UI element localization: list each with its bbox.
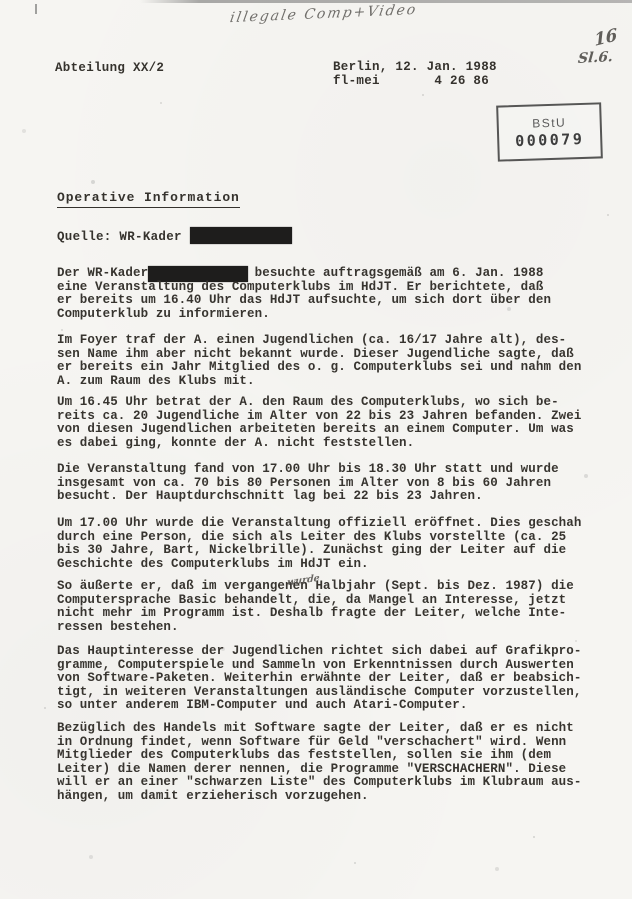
body-paragraph: So äußerte er, daß im vergangenen Halbja…	[57, 580, 574, 634]
scan-noise	[0, 0, 2, 2]
body-paragraph: Um 17.00 Uhr wurde die Veranstaltung off…	[57, 517, 581, 571]
handwritten-annotation-top: illegale Comp+Video	[229, 2, 419, 26]
handwritten-page-number: 16	[594, 25, 618, 51]
body-paragraph: Um 16.45 Uhr betrat der A. den Raum des …	[57, 396, 581, 450]
bstu-archive-stamp: BStU 000079	[496, 102, 603, 161]
scanned-document-page: illegale Comp+Video 16 Sl.6. Abteilung X…	[0, 0, 632, 899]
source-label: Quelle: WR-Kader	[57, 230, 182, 244]
reference-line: fl-mei 4 26 86	[333, 75, 497, 89]
body-paragraph: Der WR-Kader besuchte auftragsgemäß am 6…	[57, 267, 551, 321]
document-title: Operative Information	[57, 190, 240, 208]
body-paragraph: Die Veranstaltung fand von 17.00 Uhr bis…	[57, 463, 559, 504]
date-block: Berlin, 12. Jan. 1988 fl-mei 4 26 86	[333, 61, 497, 89]
stamp-label: BStU	[532, 115, 566, 130]
stamp-page-number: 000079	[515, 129, 585, 149]
place-date-line: Berlin, 12. Jan. 1988	[333, 61, 497, 75]
body-paragraph: Im Foyer traf der A. einen Jugendlichen …	[57, 334, 581, 388]
body-paragraph: Das Hauptinteresse der Jugendlichen rich…	[57, 645, 581, 713]
department-label: Abteilung XX/2	[55, 61, 164, 75]
body-paragraph: Bezüglich des Handels mit Software sagte…	[57, 722, 581, 803]
handwritten-file-note: Sl.6.	[577, 49, 613, 67]
redaction-bar-source	[190, 227, 292, 244]
scan-mark-artifact	[35, 4, 37, 14]
